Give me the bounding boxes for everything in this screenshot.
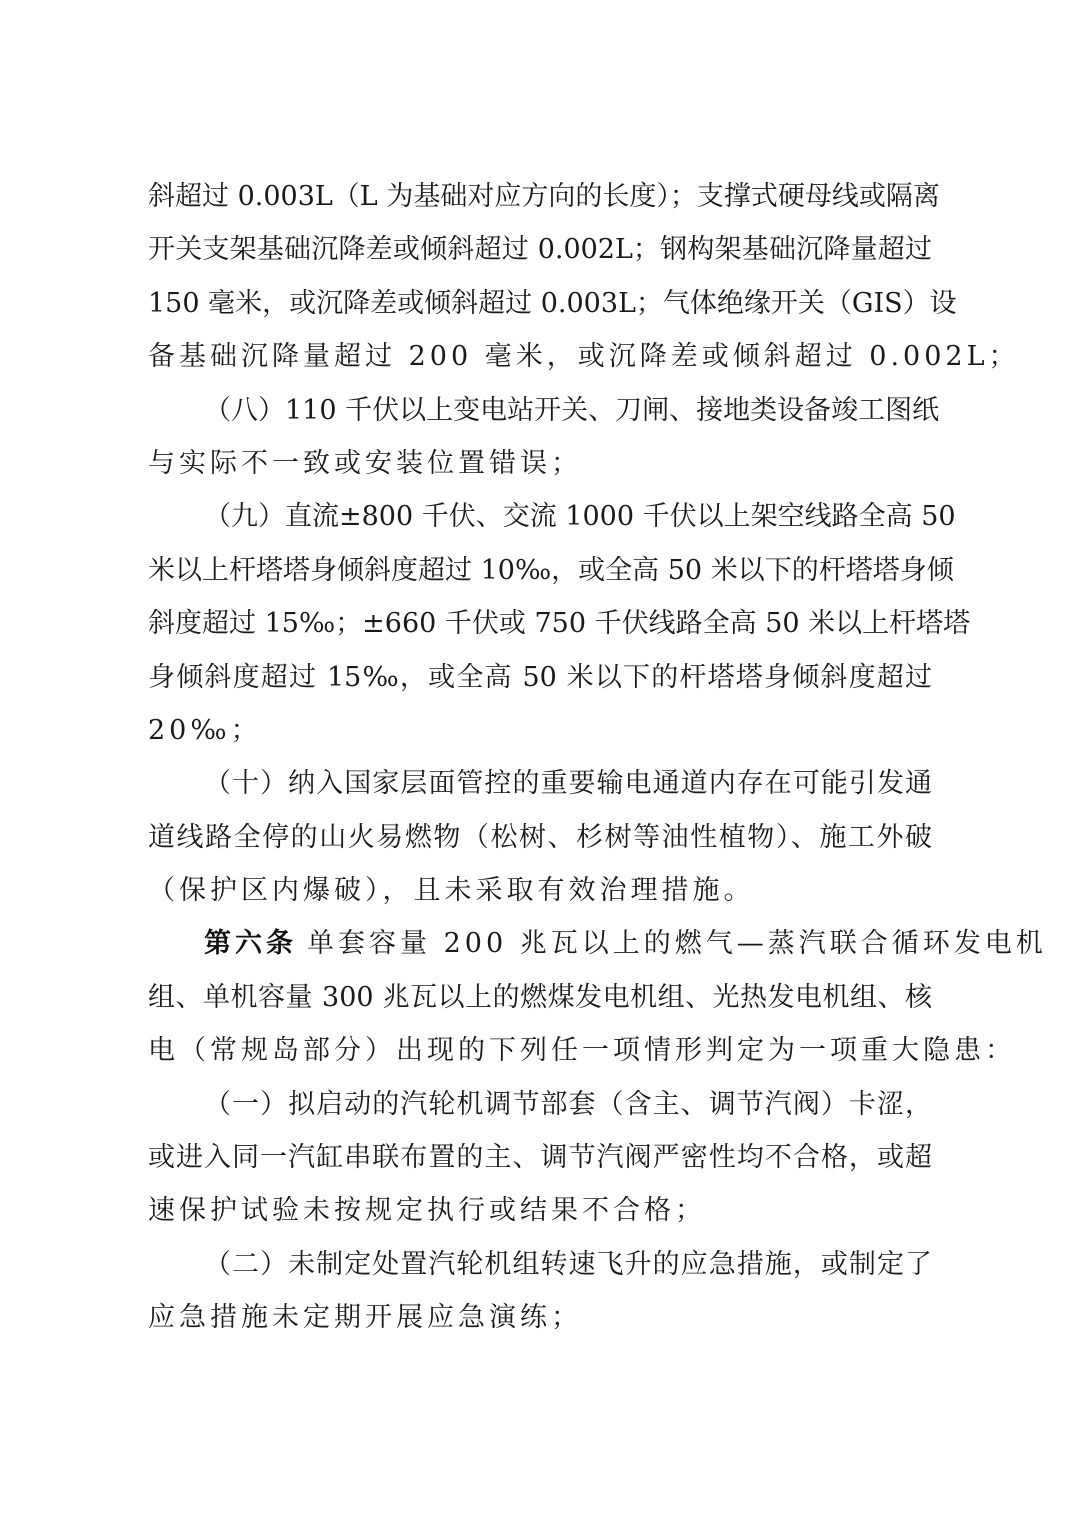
text-line: （八）110 千伏以上变电站开关、刀闸、接地类设备竣工图纸 (148, 384, 932, 437)
paragraph-item-10: （十）纳入国家层面管控的重要输电通道内存在可能引发通 道线路全停的山火易燃物（松… (148, 757, 932, 917)
text-line: 米以上杆塔塔身倾斜度超过 10‰，或全高 50 米以下的杆塔塔身倾 (148, 544, 932, 597)
text-line: 150 毫米，或沉降差或倾斜超过 0.003L；气体绝缘开关（GIS）设 (148, 277, 932, 330)
paragraph-item-8: （八）110 千伏以上变电站开关、刀闸、接地类设备竣工图纸 与实际不一致或安装位… (148, 384, 932, 491)
text-line: （保护区内爆破），且未采取有效治理措施。 (148, 864, 932, 917)
paragraph-foundation-settlement: 斜超过 0.003L（L 为基础对应方向的长度）；支撑式硬母线或隔离 开关支架基… (148, 170, 932, 384)
text-line: 电（常规岛部分）出现的下列任一项情形判定为一项重大隐患： (148, 1024, 932, 1077)
text-line: 或进入同一汽缸串联布置的主、调节汽阀严密性均不合格，或超 (148, 1131, 932, 1184)
article-text: 单套容量 200 兆瓦以上的燃气—蒸汽联合循环发电机 (307, 928, 1047, 959)
text-line: 道线路全停的山火易燃物（松树、杉树等油性植物）、施工外破 (148, 811, 932, 864)
text-line: 斜超过 0.003L（L 为基础对应方向的长度）；支撑式硬母线或隔离 (148, 170, 932, 223)
article-heading: 第六条 (204, 928, 297, 959)
text-line: （一）拟启动的汽轮机调节部套（含主、调节汽阀）卡涩， (148, 1078, 932, 1131)
paragraph-item-9: （九）直流±800 千伏、交流 1000 千伏以上架空线路全高 50 米以上杆塔… (148, 490, 932, 757)
paragraph-article-6-item-1: （一）拟启动的汽轮机调节部套（含主、调节汽阀）卡涩， 或进入同一汽缸串联布置的主… (148, 1078, 932, 1238)
text-line: 与实际不一致或安装位置错误； (148, 437, 932, 490)
text-line: 开关支架基础沉降差或倾斜超过 0.002L；钢构架基础沉降量超过 (148, 223, 932, 276)
text-line: 组、单机容量 300 兆瓦以上的燃煤发电机组、光热发电机组、核 (148, 971, 932, 1024)
text-line: 斜度超过 15‰；±660 千伏或 750 千伏线路全高 50 米以上杆塔塔 (148, 597, 932, 650)
text-line: 身倾斜度超过 15‰，或全高 50 米以下的杆塔塔身倾斜度超过 (148, 651, 932, 704)
text-line: 应急措施未定期开展应急演练； (148, 1291, 932, 1344)
text-line: （九）直流±800 千伏、交流 1000 千伏以上架空线路全高 50 (148, 490, 932, 543)
paragraph-article-6-item-2: （二）未制定处置汽轮机组转速飞升的应急措施，或制定了 应急措施未定期开展应急演练… (148, 1238, 932, 1345)
text-line: 备基础沉降量超过 200 毫米，或沉降差或倾斜超过 0.002L； (148, 330, 932, 383)
text-line: （十）纳入国家层面管控的重要输电通道内存在可能引发通 (148, 757, 932, 810)
text-line: （二）未制定处置汽轮机组转速飞升的应急措施，或制定了 (148, 1238, 932, 1291)
text-line: 第六条单套容量 200 兆瓦以上的燃气—蒸汽联合循环发电机 (148, 917, 932, 970)
paragraph-article-6: 第六条单套容量 200 兆瓦以上的燃气—蒸汽联合循环发电机 组、单机容量 300… (148, 917, 932, 1077)
text-line: 速保护试验未按规定执行或结果不合格； (148, 1184, 932, 1237)
text-line: 20‰； (148, 704, 932, 757)
document-page: 斜超过 0.003L（L 为基础对应方向的长度）；支撑式硬母线或隔离 开关支架基… (148, 170, 932, 1345)
